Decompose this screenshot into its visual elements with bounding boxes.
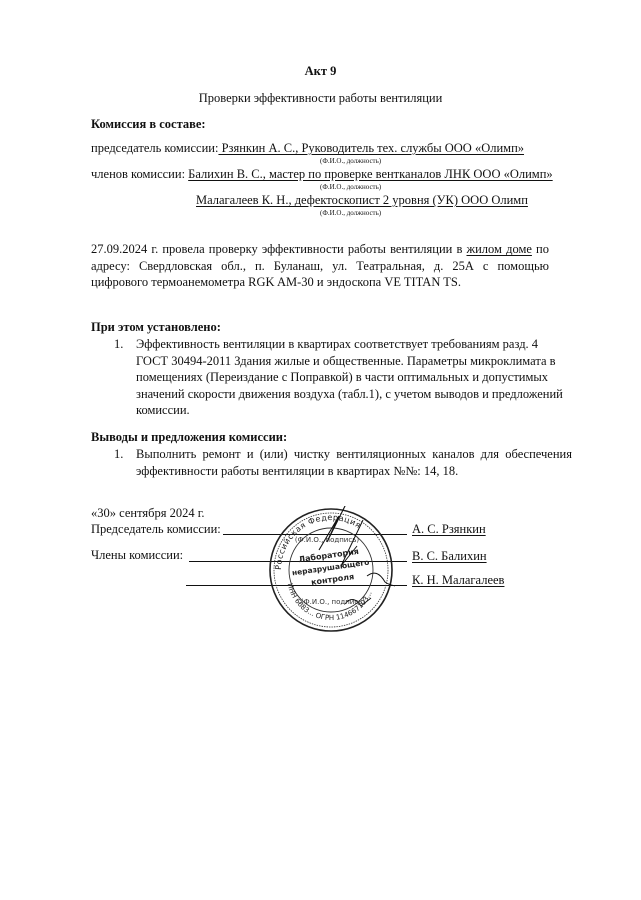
document-subtitle: Проверки эффективности работы вентиляции (0, 91, 641, 106)
intro-underlined: жилом доме (466, 242, 531, 256)
signature-date: «30» сентября 2024 г. (91, 506, 205, 521)
chairman-value: Рзянкин А. С., Руководитель тех. службы … (218, 141, 524, 155)
conclusions-item-text: Выполнить ремонт и (или) чистку вентиляц… (136, 446, 572, 479)
findings-list-item: 1. Эффективность вентиляции в квартирах … (114, 336, 574, 420)
member-1-signature-name: В. С. Балихин (412, 549, 487, 564)
stamp-center-line-3: контроля (311, 572, 355, 587)
document-title: Акт 9 (0, 64, 641, 79)
findings-item-text: Эффективность вентиляции в квартирах соо… (136, 336, 566, 419)
conclusions-item-number: 1. (114, 446, 123, 463)
commission-heading: Комиссия в составе: (91, 117, 206, 132)
member-1-caption: (Ф.И.О., должность) (320, 183, 381, 191)
official-stamp-icon: Российская Федерация ИНН 6683... ОГРН 11… (267, 506, 395, 634)
intro-paragraph: 27.09.2024 г. провела проверку эффективн… (91, 241, 549, 291)
chairman-label: председатель комиссии: (91, 141, 218, 155)
chairman-signature-label: Председатель комиссии: (91, 522, 221, 537)
member-2-value: Малагалеев К. Н., дефектоскопист 2 уровн… (196, 193, 528, 208)
chairman-caption: (Ф.И.О., должность) (320, 157, 381, 165)
conclusions-list-item: 1. Выполнить ремонт и (или) чистку венти… (114, 446, 574, 482)
intro-text-1: 27.09.2024 г. провела проверку эффективн… (91, 242, 466, 256)
chairman-signature-name: А. С. Рзянкин (412, 522, 486, 537)
stamp-inner-text-2: (Ф.И.О., подпись) (301, 598, 365, 606)
member-2-signature-name: К. Н. Малагалеев (412, 573, 504, 588)
member-1-value: Балихин В. С., мастер по проверке вентка… (188, 167, 553, 181)
members-signature-label: Члены комиссии: (91, 548, 183, 563)
chairman-row: председатель комиссии: Рзянкин А. С., Ру… (91, 141, 524, 156)
findings-heading: При этом установлено: (91, 320, 221, 335)
findings-item-number: 1. (114, 336, 123, 353)
members-label: членов комиссии: (91, 167, 185, 181)
member-row-1: членов комиссии: Балихин В. С., мастер п… (91, 167, 553, 182)
conclusions-heading: Выводы и предложения комиссии: (91, 430, 287, 445)
member-2-caption: (Ф.И.О., должность) (320, 209, 381, 217)
